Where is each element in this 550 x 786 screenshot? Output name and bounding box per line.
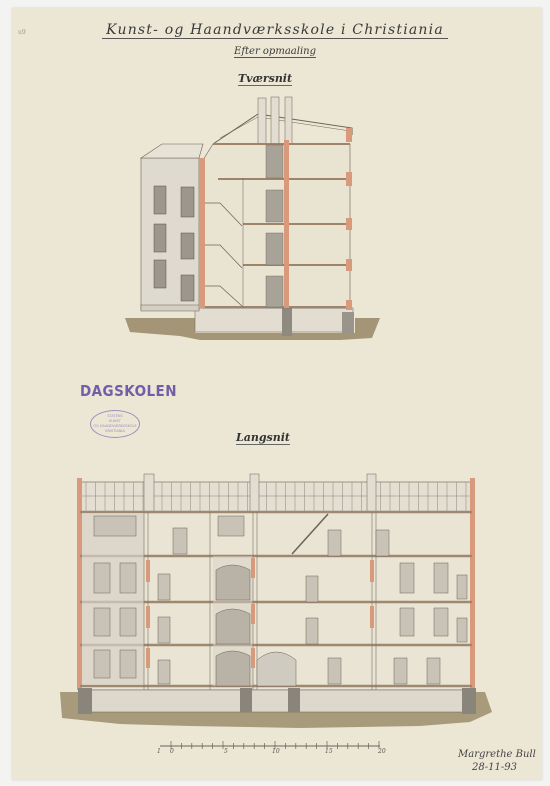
svg-text:u9: u9 — [18, 29, 26, 36]
scale-tick-label: 10 — [272, 748, 280, 755]
long-section-drawing: u9 — [0, 0, 550, 786]
scale-tick-label: 0 — [170, 748, 174, 755]
scale-tick-label: 5 — [224, 748, 228, 755]
scale-tick-label: 15 — [325, 748, 333, 755]
scale-tick-label: 1 — [157, 748, 161, 755]
scale-tick-label: 20 — [378, 748, 386, 755]
signature: Margrethe Bull 28-11-93 — [458, 748, 536, 774]
